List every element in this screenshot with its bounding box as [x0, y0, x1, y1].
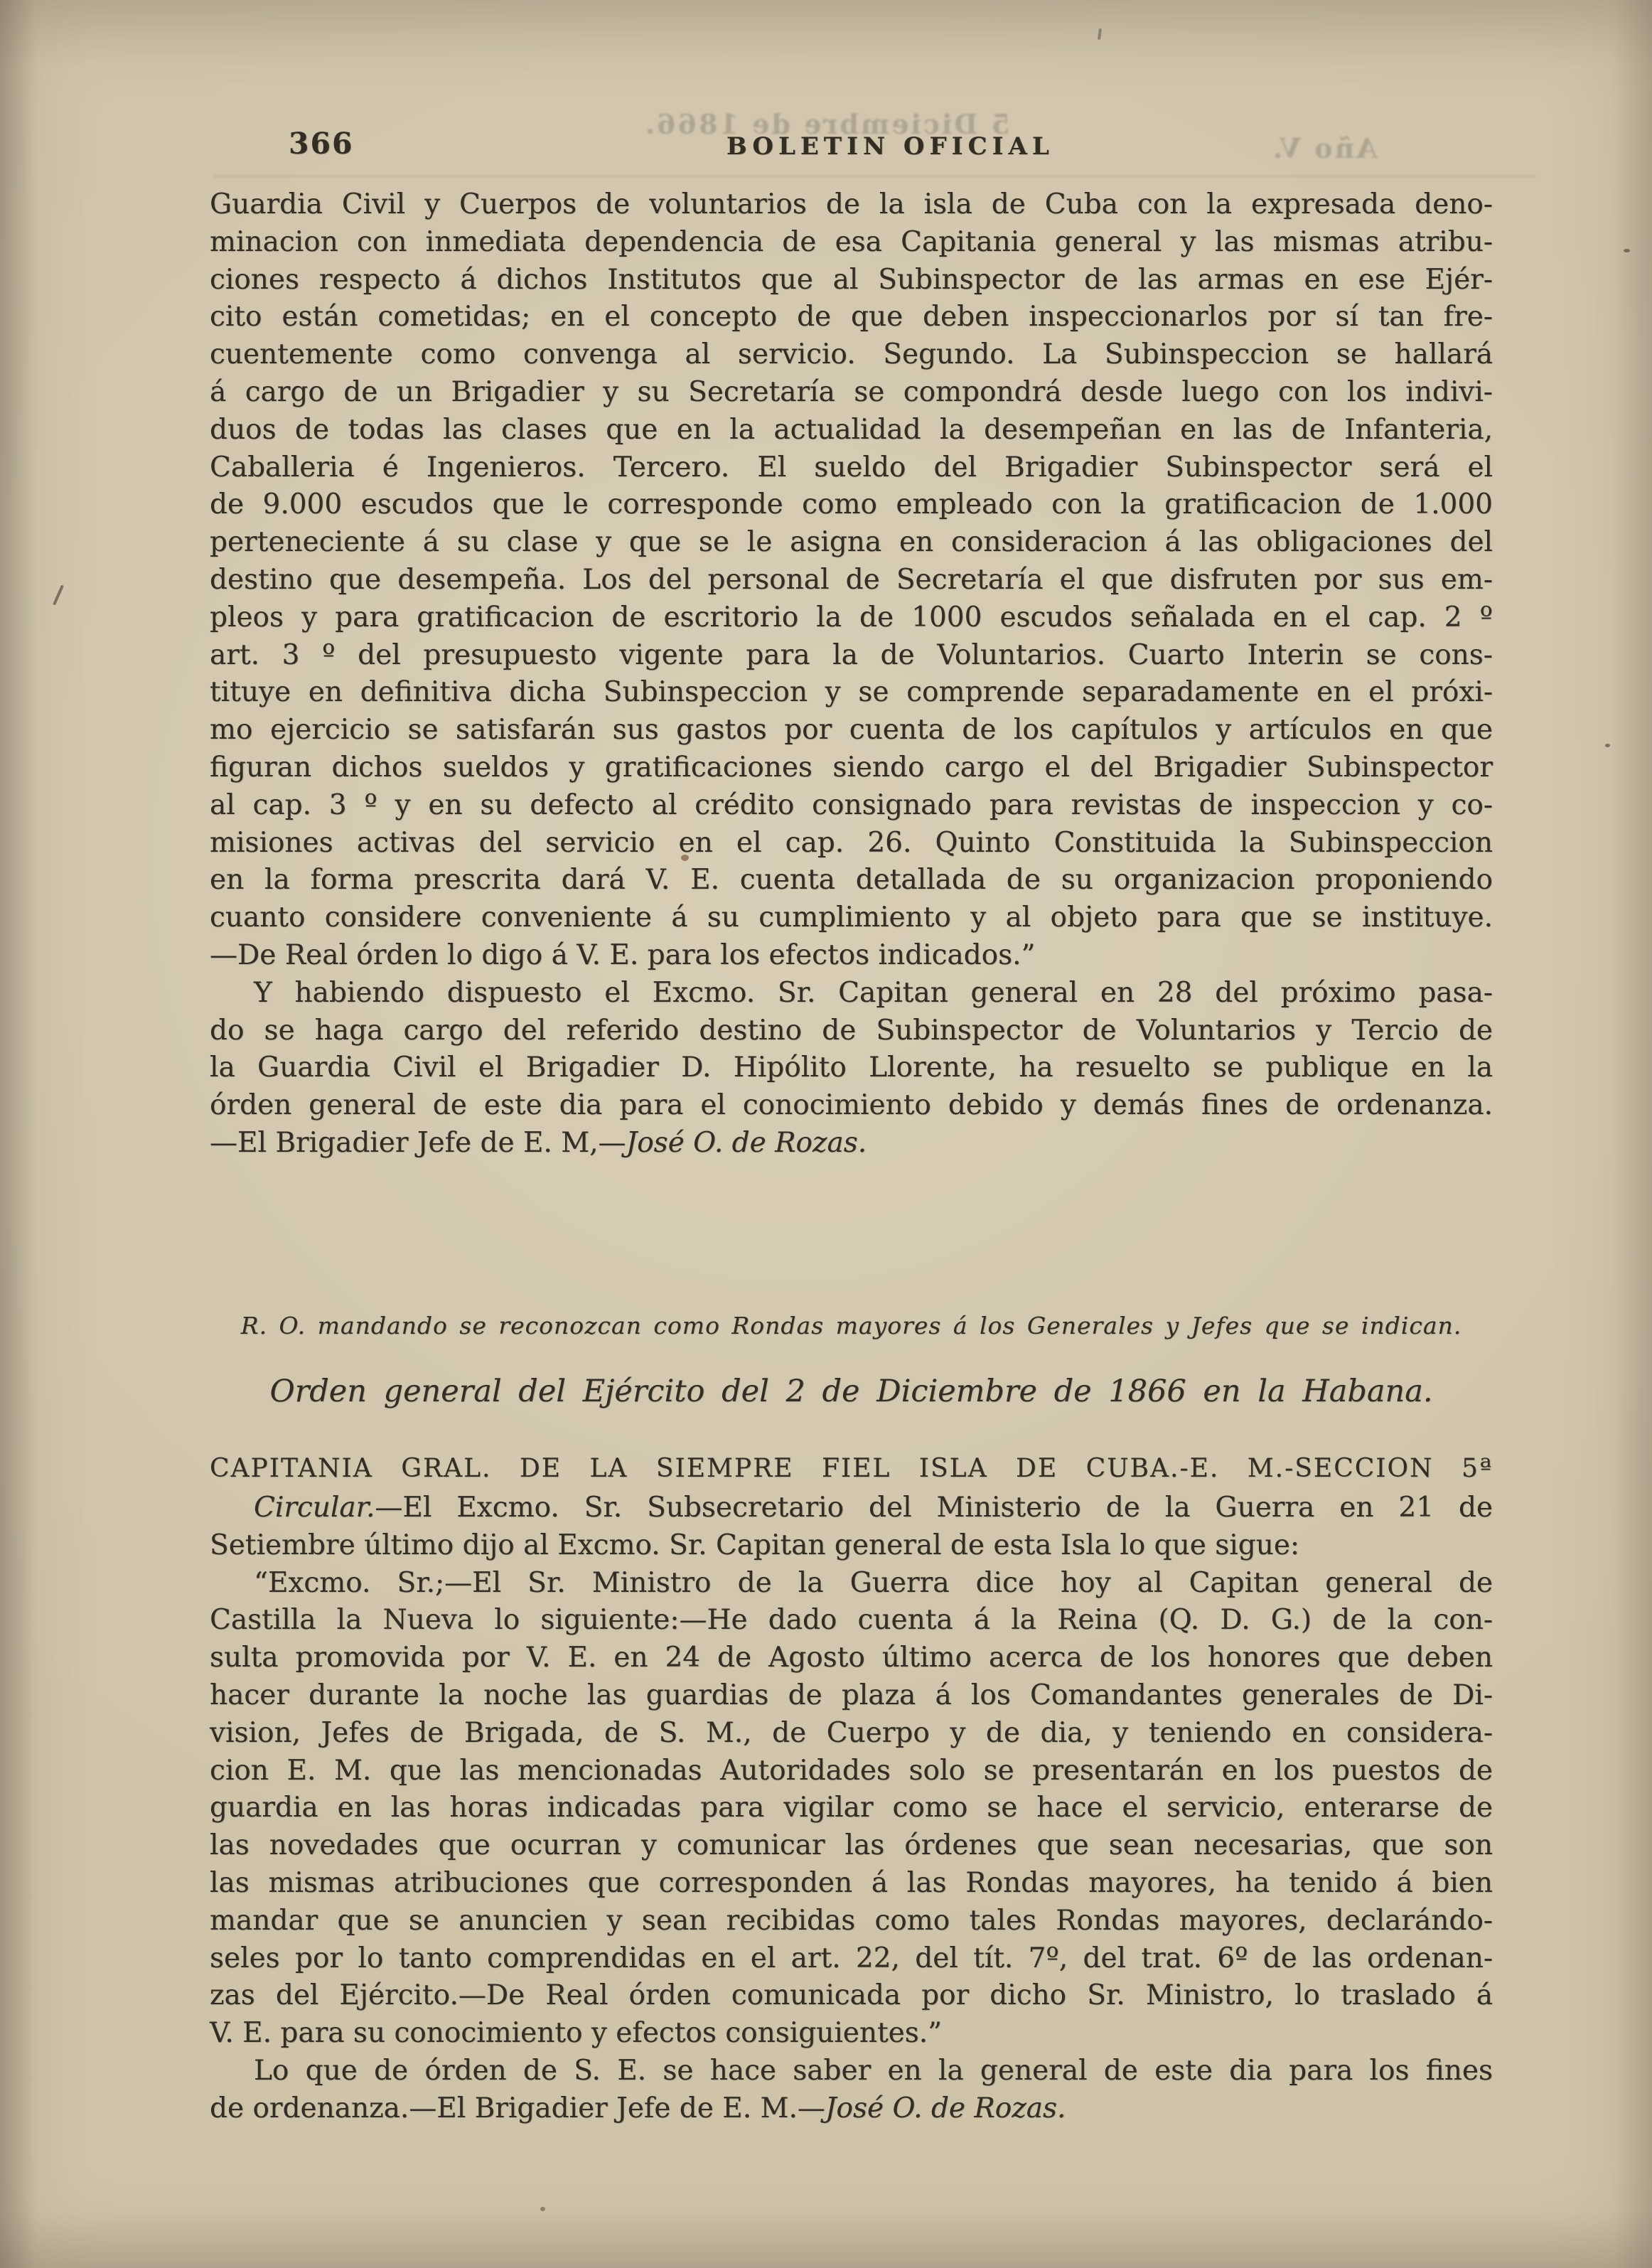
- bleed-through-year: Año V.: [1271, 132, 1378, 164]
- text-line: zas del Ejército.—De Real órden comunica…: [210, 1977, 1493, 2015]
- text-line: de 9.000 escudos que le corresponde como…: [210, 486, 1493, 524]
- order-general-title: Orden general del Ejército del 2 de Dici…: [210, 1374, 1493, 1409]
- text-line: cuanto considere conveniente á su cumpli…: [210, 899, 1493, 937]
- text-line: figuran dichos sueldos y gratificaciones…: [210, 749, 1493, 787]
- article-subinspeccion-text: Guardia Civil y Cuerpos de voluntarios d…: [210, 186, 1493, 1162]
- text-line: mo ejercicio se satisfarán sus gastos po…: [210, 712, 1493, 749]
- text-line: Circular.—El Excmo. Sr. Subsecretario de…: [210, 1489, 1493, 1527]
- text-line: cito están cometidas; en el concepto de …: [210, 299, 1493, 336]
- text-line: ciones respecto á dichos Institutos que …: [210, 262, 1493, 299]
- royal-order-summary: R. O. mandando se reconozcan como Rondas…: [210, 1312, 1493, 1339]
- text-line: sulta promovida por V. E. en 24 de Agost…: [210, 1640, 1493, 1677]
- text-line: minacion con inmediata dependencia de es…: [210, 224, 1493, 262]
- text-line: mandar que se anuncien y sean recibidas …: [210, 1903, 1493, 1940]
- paper-speck: [681, 855, 689, 861]
- text-line: “Excmo. Sr.;—El Sr. Ministro de la Guerr…: [210, 1565, 1493, 1603]
- text-line: Castilla la Nueva lo siguiente:—He dado …: [210, 1602, 1493, 1640]
- page-number: 366: [289, 127, 354, 161]
- text-line: art. 3 º del presupuesto vigente para la…: [210, 637, 1493, 675]
- paper-speck: [1605, 744, 1610, 747]
- text-line: Lo que de órden de S. E. se hace saber e…: [210, 2053, 1493, 2090]
- text-line: la Guardia Civil el Brigadier D. Hipólit…: [210, 1049, 1493, 1087]
- text-line: misiones activas del servicio en el cap.…: [210, 825, 1493, 862]
- bleed-through-rule: [213, 175, 1535, 178]
- text-line: Y habiendo dispuesto el Excmo. Sr. Capit…: [210, 975, 1493, 1012]
- text-line: hacer durante la noche las guardias de p…: [210, 1677, 1493, 1715]
- text-line: pleos y para gratificacion de escritorio…: [210, 599, 1493, 637]
- article-rondas-mayores-text: Circular.—El Excmo. Sr. Subsecretario de…: [210, 1489, 1493, 2128]
- paper-speck: [1624, 249, 1630, 252]
- text-line: seles por lo tanto comprendidas en el ar…: [210, 1940, 1493, 1978]
- text-line: las novedades que ocurran y comunicar la…: [210, 1827, 1493, 1865]
- text-line: órden general de este dia para el conoci…: [210, 1087, 1493, 1125]
- text-line: do se haga cargo del referido destino de…: [210, 1012, 1493, 1050]
- text-line: duos de todas las clases que en la actua…: [210, 412, 1493, 449]
- text-line: —De Real órden lo digo á V. E. para los …: [210, 937, 1493, 975]
- text-line: destino que desempeña. Los del personal …: [210, 562, 1493, 599]
- text-line: Caballeria é Ingenieros. Tercero. El sue…: [210, 449, 1493, 487]
- text-line: en la forma prescrita dará V. E. cuenta …: [210, 862, 1493, 899]
- text-line: V. E. para su conocimiento y efectos con…: [210, 2015, 1493, 2053]
- text-line: —El Brigadier Jefe de E. M,—José O. de R…: [210, 1125, 1493, 1162]
- paper-speck: [1098, 28, 1102, 40]
- scanned-document-page: 5 Diciembre de 1866. Año V. 366 BOLETIN …: [0, 0, 1652, 2268]
- text-line: cuentemente como convenga al servicio. S…: [210, 336, 1493, 374]
- text-line: á cargo de un Brigadier y su Secretaría …: [210, 374, 1493, 412]
- text-line: vision, Jefes de Brigada, de S. M., de C…: [210, 1715, 1493, 1753]
- text-line: perteneciente á su clase y que se le asi…: [210, 524, 1493, 562]
- capitania-general-heading: CAPITANIA GRAL. DE LA SIEMPRE FIEL ISLA …: [210, 1454, 1493, 1483]
- text-line: tituye en definitiva dicha Subinspeccion…: [210, 674, 1493, 712]
- paper-speck: [540, 2207, 545, 2211]
- text-line: al cap. 3 º y en su defecto al crédito c…: [210, 787, 1493, 825]
- text-line: de ordenanza.—El Brigadier Jefe de E. M.…: [210, 2090, 1493, 2128]
- text-line: las mismas atribuciones que corresponden…: [210, 1865, 1493, 1903]
- text-line: cion E. M. que las mencionadas Autoridad…: [210, 1753, 1493, 1790]
- text-line: Setiembre último dijo al Excmo. Sr. Capi…: [210, 1527, 1493, 1565]
- text-line: guardia en las horas indicadas para vigi…: [210, 1790, 1493, 1827]
- masthead-title: BOLETIN OFICIAL: [726, 132, 1054, 161]
- text-line: Guardia Civil y Cuerpos de voluntarios d…: [210, 186, 1493, 224]
- paper-speck: [53, 584, 64, 605]
